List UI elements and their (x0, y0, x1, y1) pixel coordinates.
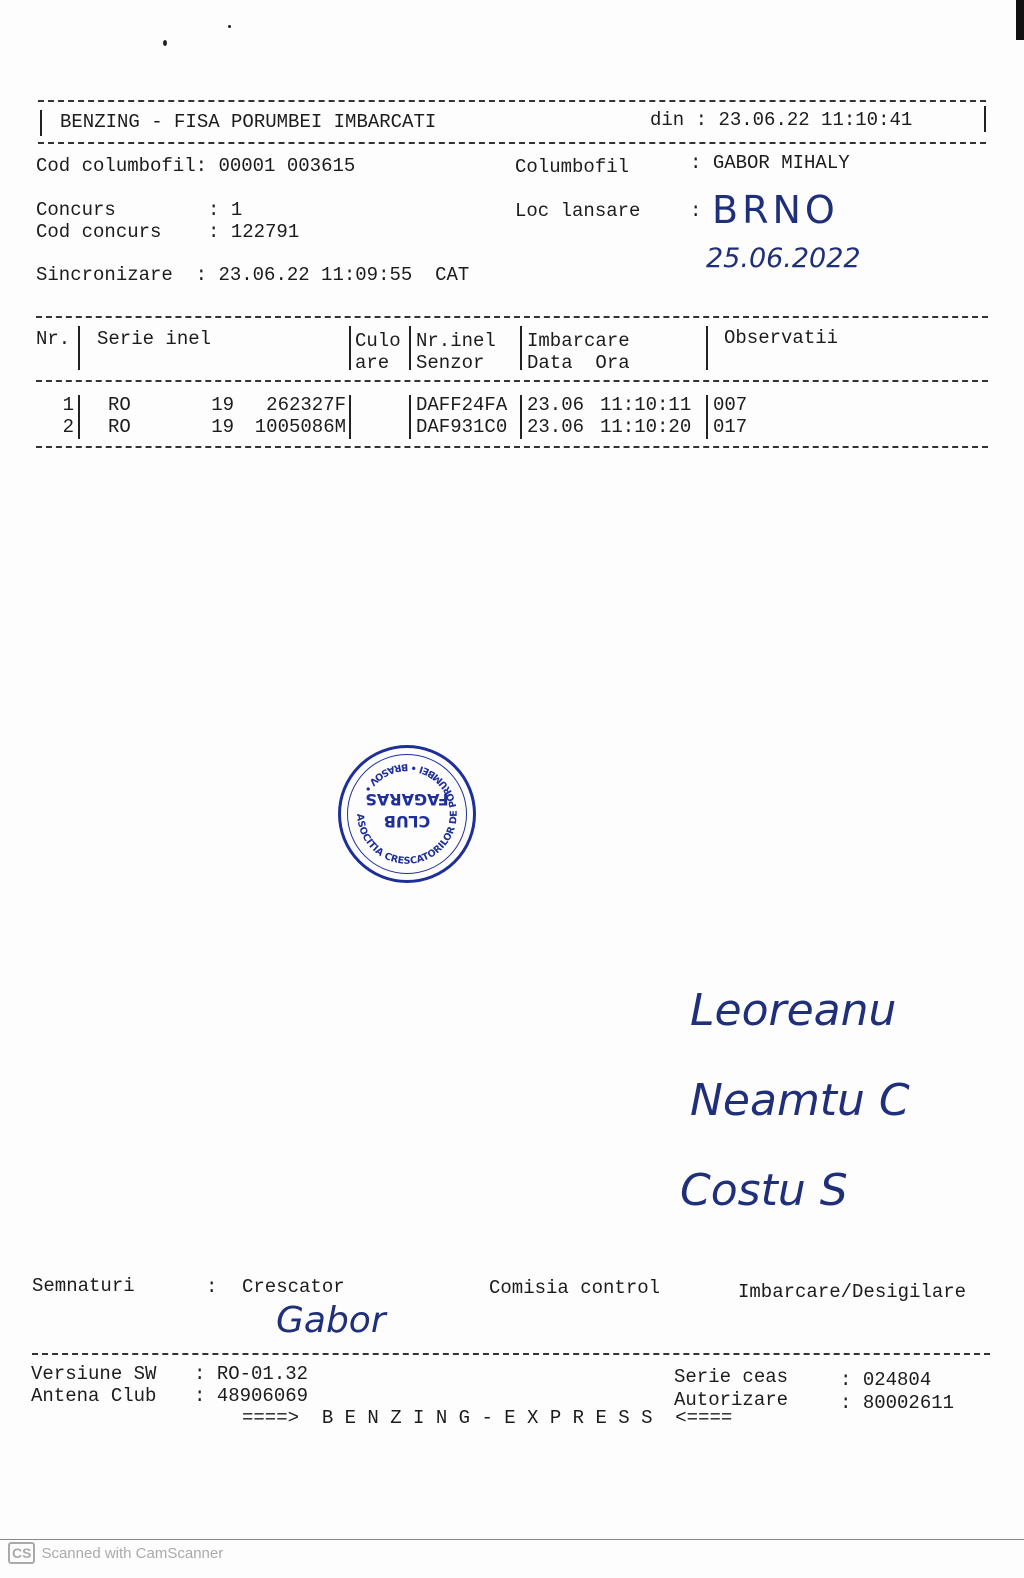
cod-concurs-number: 122791 (231, 221, 299, 243)
cell-serie: 262327F (238, 394, 346, 416)
cell-ora: 11:10:20 (600, 416, 704, 438)
sincronizare-zone: CAT (435, 264, 469, 286)
header-top-rule (38, 100, 986, 102)
loc-lansare-colon: : (690, 200, 701, 222)
th-imbarcare-2: Data Ora (527, 352, 630, 374)
camscanner-logo-icon: CS (8, 1542, 35, 1564)
serie-ceas-value: : 024804 (840, 1369, 931, 1391)
camscanner-watermark: CS Scanned with CamScanner (8, 1542, 223, 1564)
col-sep (78, 326, 80, 370)
cell-data: 23.06 (527, 416, 587, 438)
cod-columbofil: Cod columbofil: 00001 003615 (36, 155, 355, 177)
stamp-center-text: CLUB FAGARAS (341, 788, 473, 832)
comisia-label: Comisia control (489, 1277, 660, 1299)
header-date: din : 23.06.22 11:10:41 (650, 109, 912, 131)
concurs-number: 1 (231, 199, 242, 221)
cell-nr: 1 (36, 394, 74, 416)
columbofil-name: GABOR MIHALY (713, 152, 850, 174)
cod-columbofil-label: Cod columbofil (36, 155, 196, 177)
th-imbarcare-1: Imbarcare (527, 330, 630, 352)
versiune-number: RO-01.32 (217, 1363, 308, 1385)
col-sep (349, 417, 351, 439)
th-nr-inel-2: Senzor (416, 352, 484, 374)
col-sep (349, 326, 351, 370)
col-sep (349, 395, 351, 417)
antena-number: 48906069 (217, 1385, 308, 1407)
stamp-fagaras: FAGARAS (341, 788, 473, 810)
col-sep (78, 417, 80, 439)
header-right-bar (984, 106, 986, 132)
cell-an: 19 (190, 394, 234, 416)
col-sep (520, 395, 522, 417)
cell-nr: 2 (36, 416, 74, 438)
concurs-value: : 1 (208, 199, 242, 221)
loc-lansare-label: Loc lansare (515, 200, 640, 222)
col-sep (706, 395, 708, 417)
serie-ceas-label: Serie ceas (674, 1366, 788, 1388)
antena-value: : 48906069 (194, 1385, 308, 1407)
cod-concurs-value: : 122791 (208, 221, 299, 243)
th-culoare-2: are (355, 352, 389, 374)
header-left-bar (40, 110, 42, 136)
cod-concurs-label: Cod concurs (36, 221, 161, 243)
sincronizare-value: 23.06.22 11:09:55 (218, 264, 412, 286)
table-top-rule (36, 316, 988, 318)
footer-rule (32, 1353, 990, 1355)
columbofil-value: : GABOR MIHALY (690, 152, 850, 174)
scan-speck (228, 25, 231, 28)
col-sep (520, 326, 522, 370)
document-title: BENZING - FISA PORUMBEI IMBARCATI (60, 111, 436, 133)
cell-data: 23.06 (527, 394, 587, 416)
col-sep (706, 326, 708, 370)
th-serie-inel: Serie inel (97, 328, 211, 350)
sincronizare: Sincronizare : 23.06.22 11:09:55 CAT (36, 264, 469, 286)
th-observatii: Observatii (724, 327, 838, 349)
din-value: 23.06.22 11:10:41 (718, 109, 912, 131)
signature-3: Costu S (680, 1165, 848, 1216)
col-sep (409, 326, 411, 370)
cell-senzor: DAF931C0 (416, 416, 516, 438)
col-sep (78, 395, 80, 417)
semnaturi-colon: : (206, 1276, 217, 1298)
camscanner-text: Scanned with CamScanner (41, 1545, 223, 1562)
cell-tara: RO (108, 394, 148, 416)
th-nr-inel-1: Nr.inel (416, 330, 496, 352)
th-culoare-1: Culo (355, 330, 401, 352)
antena-label: Antena Club (31, 1385, 156, 1407)
sincronizare-label: Sincronizare (36, 264, 173, 286)
cell-observatii: 017 (713, 416, 793, 438)
versiune-label: Versiune SW (31, 1363, 156, 1385)
signature-1: Leoreanu (690, 985, 896, 1036)
din-label: din (650, 109, 684, 131)
club-stamp: ASOCITIA CRESCATORILOR DE PORUMBEI • BRA… (338, 745, 476, 883)
page-bottom-edge (0, 1539, 1024, 1540)
cell-tara: RO (108, 416, 148, 438)
columbofil-label: Columbofil (515, 156, 629, 178)
release-date-handwritten: 25.06.2022 (706, 243, 861, 274)
cell-senzor: DAFF24FA (416, 394, 516, 416)
col-sep (706, 417, 708, 439)
crescator-signature: Gabor (276, 1300, 386, 1341)
cell-ora: 11:10:11 (600, 394, 704, 416)
col-sep (520, 417, 522, 439)
cell-observatii: 007 (713, 394, 793, 416)
benzing-express-banner: ====> B E N Z I N G - E X P R E S S <===… (242, 1407, 732, 1429)
cell-an: 19 (190, 416, 234, 438)
col-sep (409, 395, 411, 417)
signature-2: Neamtu C (690, 1075, 910, 1126)
cod-columbofil-value: 00001 003615 (218, 155, 355, 177)
versiune-value: : RO-01.32 (194, 1363, 308, 1385)
concurs-label: Concurs (36, 199, 116, 221)
autorizare-number: 80002611 (863, 1392, 954, 1414)
crescator-label: Crescator (242, 1276, 345, 1298)
autorizare-value: : 80002611 (840, 1392, 954, 1414)
imbarcare-desigilare-label: Imbarcare/Desigilare (738, 1281, 966, 1303)
semnaturi-label: Semnaturi (32, 1275, 135, 1297)
loc-lansare-handwritten: BRNO (712, 188, 839, 232)
cell-serie: 1005086M (238, 416, 346, 438)
serie-ceas-number: 024804 (863, 1369, 931, 1391)
th-nr: Nr. (36, 328, 70, 350)
header-bottom-rule (38, 142, 986, 144)
scan-speck (163, 40, 167, 46)
scan-edge-shadow (1016, 0, 1024, 40)
table-bottom-rule (36, 446, 988, 448)
stamp-club: CLUB (341, 810, 473, 832)
table-header-rule (36, 380, 988, 382)
col-sep (409, 417, 411, 439)
